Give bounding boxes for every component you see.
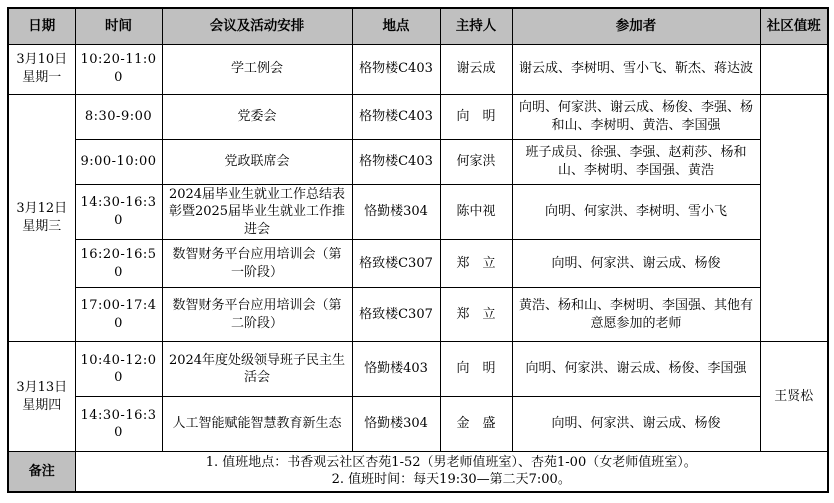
- place-cell: 恪勤楼403: [352, 342, 440, 397]
- col-header-host: 主持人: [440, 8, 512, 44]
- host-cell: 金 盛: [440, 397, 512, 452]
- time-cell: 14:30-16:30: [75, 397, 162, 452]
- place-cell: 格物楼C403: [352, 94, 440, 139]
- table-row: 9:00-10:00 党政联席会 格物楼C403 何家洪 班子成员、徐强、李强、…: [8, 139, 828, 184]
- time-cell: 10:40-12:00: [75, 342, 162, 397]
- host-cell: 何家洪: [440, 139, 512, 184]
- table-row: 3月10日 星期一 10:20-11:00 学工例会 格物楼C403 谢云成 谢…: [8, 44, 828, 94]
- col-header-time: 时间: [75, 8, 162, 44]
- place-cell: 恪勤楼304: [352, 184, 440, 240]
- event-cell: 2024届毕业生就业工作总结表彰暨2025届毕业生就业工作推进会: [162, 184, 352, 240]
- place-cell: 格致楼C307: [352, 288, 440, 342]
- event-cell: 2024年度处级领导班子民主生活会: [162, 342, 352, 397]
- participants-cell: 向明、何家洪、李树明、雪小飞: [512, 184, 760, 240]
- meeting-schedule-table: 日期 时间 会议及活动安排 地点 主持人 参加者 社区值班 3月10日 星期一 …: [7, 7, 829, 493]
- date-cell: 3月13日 星期四: [8, 342, 75, 452]
- time-cell: 17:00-17:40: [75, 288, 162, 342]
- table-row: 3月12日 星期三 8:30-9:00 党委会 格物楼C403 向 明 向明、何…: [8, 94, 828, 139]
- event-cell: 人工智能赋能智慧教育新生态: [162, 397, 352, 452]
- remark-row: 备注 1. 值班地点：书香观云社区杏苑1-52（男老师值班室）、杏苑1-00（女…: [8, 452, 828, 492]
- participants-cell: 向明、何家洪、谢云成、杨俊、李强、杨和山、李树明、黄浩、李国强: [512, 94, 760, 139]
- event-cell: 党政联席会: [162, 139, 352, 184]
- time-cell: 10:20-11:00: [75, 44, 162, 94]
- participants-cell: 向明、何家洪、谢云成、杨俊: [512, 397, 760, 452]
- col-header-event: 会议及活动安排: [162, 8, 352, 44]
- time-cell: 9:00-10:00: [75, 139, 162, 184]
- participants-cell: 向明、何家洪、谢云成、杨俊、李国强: [512, 342, 760, 397]
- place-cell: 格致楼C307: [352, 240, 440, 288]
- event-cell: 学工例会: [162, 44, 352, 94]
- duty-cell: 王贤松: [760, 342, 828, 452]
- table-row: 14:30-16:30 人工智能赋能智慧教育新生态 恪勤楼304 金 盛 向明、…: [8, 397, 828, 452]
- host-cell: 郑 立: [440, 288, 512, 342]
- participants-cell: 班子成员、徐强、李强、赵莉莎、杨和山、李树明、李国强、黄浩: [512, 139, 760, 184]
- host-cell: 向 明: [440, 94, 512, 139]
- participants-cell: 谢云成、李树明、雪小飞、靳杰、蒋达波: [512, 44, 760, 94]
- participants-cell: 向明、何家洪、谢云成、杨俊: [512, 240, 760, 288]
- table-row: 16:20-16:50 数智财务平台应用培训会（第一阶段） 格致楼C307 郑 …: [8, 240, 828, 288]
- duty-cell: [760, 94, 828, 342]
- host-cell: 郑 立: [440, 240, 512, 288]
- schedule-page: 日期 时间 会议及活动安排 地点 主持人 参加者 社区值班 3月10日 星期一 …: [0, 0, 834, 503]
- place-cell: 恪勤楼304: [352, 397, 440, 452]
- host-cell: 谢云成: [440, 44, 512, 94]
- table-row: 14:30-16:30 2024届毕业生就业工作总结表彰暨2025届毕业生就业工…: [8, 184, 828, 240]
- event-cell: 数智财务平台应用培训会（第二阶段）: [162, 288, 352, 342]
- place-cell: 格物楼C403: [352, 139, 440, 184]
- time-cell: 16:20-16:50: [75, 240, 162, 288]
- remark-line: 2. 值班时间：每天19:30—第二天7:00。: [80, 471, 824, 489]
- date-cell: 3月10日 星期一: [8, 44, 75, 94]
- event-cell: 数智财务平台应用培训会（第一阶段）: [162, 240, 352, 288]
- col-header-date: 日期: [8, 8, 75, 44]
- time-cell: 8:30-9:00: [75, 94, 162, 139]
- duty-cell: [760, 44, 828, 94]
- table-row: 17:00-17:40 数智财务平台应用培训会（第二阶段） 格致楼C307 郑 …: [8, 288, 828, 342]
- col-header-place: 地点: [352, 8, 440, 44]
- table-row: 3月13日 星期四 10:40-12:00 2024年度处级领导班子民主生活会 …: [8, 342, 828, 397]
- event-cell: 党委会: [162, 94, 352, 139]
- remark-label-cell: 备注: [8, 452, 75, 492]
- place-cell: 格物楼C403: [352, 44, 440, 94]
- date-cell: 3月12日 星期三: [8, 94, 75, 342]
- host-cell: 向 明: [440, 342, 512, 397]
- header-row: 日期 时间 会议及活动安排 地点 主持人 参加者 社区值班: [8, 8, 828, 44]
- remark-line: 1. 值班地点：书香观云社区杏苑1-52（男老师值班室）、杏苑1-00（女老师值…: [80, 454, 824, 472]
- col-header-duty: 社区值班: [760, 8, 828, 44]
- host-cell: 陈中视: [440, 184, 512, 240]
- time-cell: 14:30-16:30: [75, 184, 162, 240]
- participants-cell: 黄浩、杨和山、李树明、李国强、其他有意愿参加的老师: [512, 288, 760, 342]
- col-header-participants: 参加者: [512, 8, 760, 44]
- remark-content-cell: 1. 值班地点：书香观云社区杏苑1-52（男老师值班室）、杏苑1-00（女老师值…: [75, 452, 828, 492]
